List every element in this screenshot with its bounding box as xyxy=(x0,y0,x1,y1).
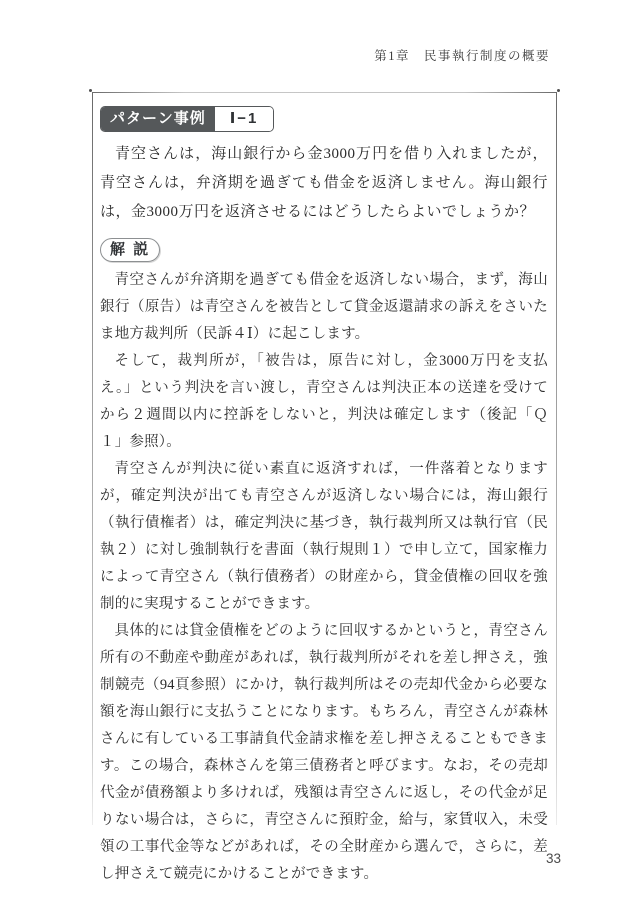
pattern-case-badge-number: Ⅰ−1 xyxy=(215,107,274,131)
frame-corner-mark-right xyxy=(557,89,560,92)
pattern-case-badge: パターン事例 Ⅰ−1 xyxy=(100,106,274,132)
commentary-paragraph: 青空さんが弁済期を過ぎても借金を返済しない場合，まず，海山銀行（原告）は青空さん… xyxy=(100,267,548,348)
pattern-case-badge-label: パターン事例 xyxy=(101,107,215,131)
frame-left-rule xyxy=(92,92,93,825)
frame-right-rule xyxy=(556,92,557,825)
page-number: 33 xyxy=(546,851,561,866)
commentary-paragraph: 具体的には貸金債権をどのように回収するかというと，青空さん所有の不動産や動産があ… xyxy=(100,618,548,888)
commentary-paragraph: そして，裁判所が，「被告は，原告に対し，金3000万円を支払え。」という判決を言… xyxy=(100,348,548,456)
commentary-paragraph: 青空さんが判決に従い素直に返済すれば，一件落着となりますが，確定判決が出ても青空… xyxy=(100,456,548,618)
page-content: パターン事例 Ⅰ−1 青空さんは，海山銀行から金3000万円を借り入れましたが，… xyxy=(100,106,548,888)
frame-corner-mark-left xyxy=(89,89,92,92)
commentary-body: 青空さんが弁済期を過ぎても借金を返済しない場合，まず，海山銀行（原告）は青空さん… xyxy=(100,267,548,888)
commentary-heading-badge: 解 説 xyxy=(100,238,160,262)
running-header: 第1章 民事執行制度の概要 xyxy=(374,46,550,64)
case-question-text: 青空さんは，海山銀行から金3000万円を借り入れましたが，青空さんは，弁済期を過… xyxy=(100,140,548,227)
frame-top-rule xyxy=(92,92,557,93)
